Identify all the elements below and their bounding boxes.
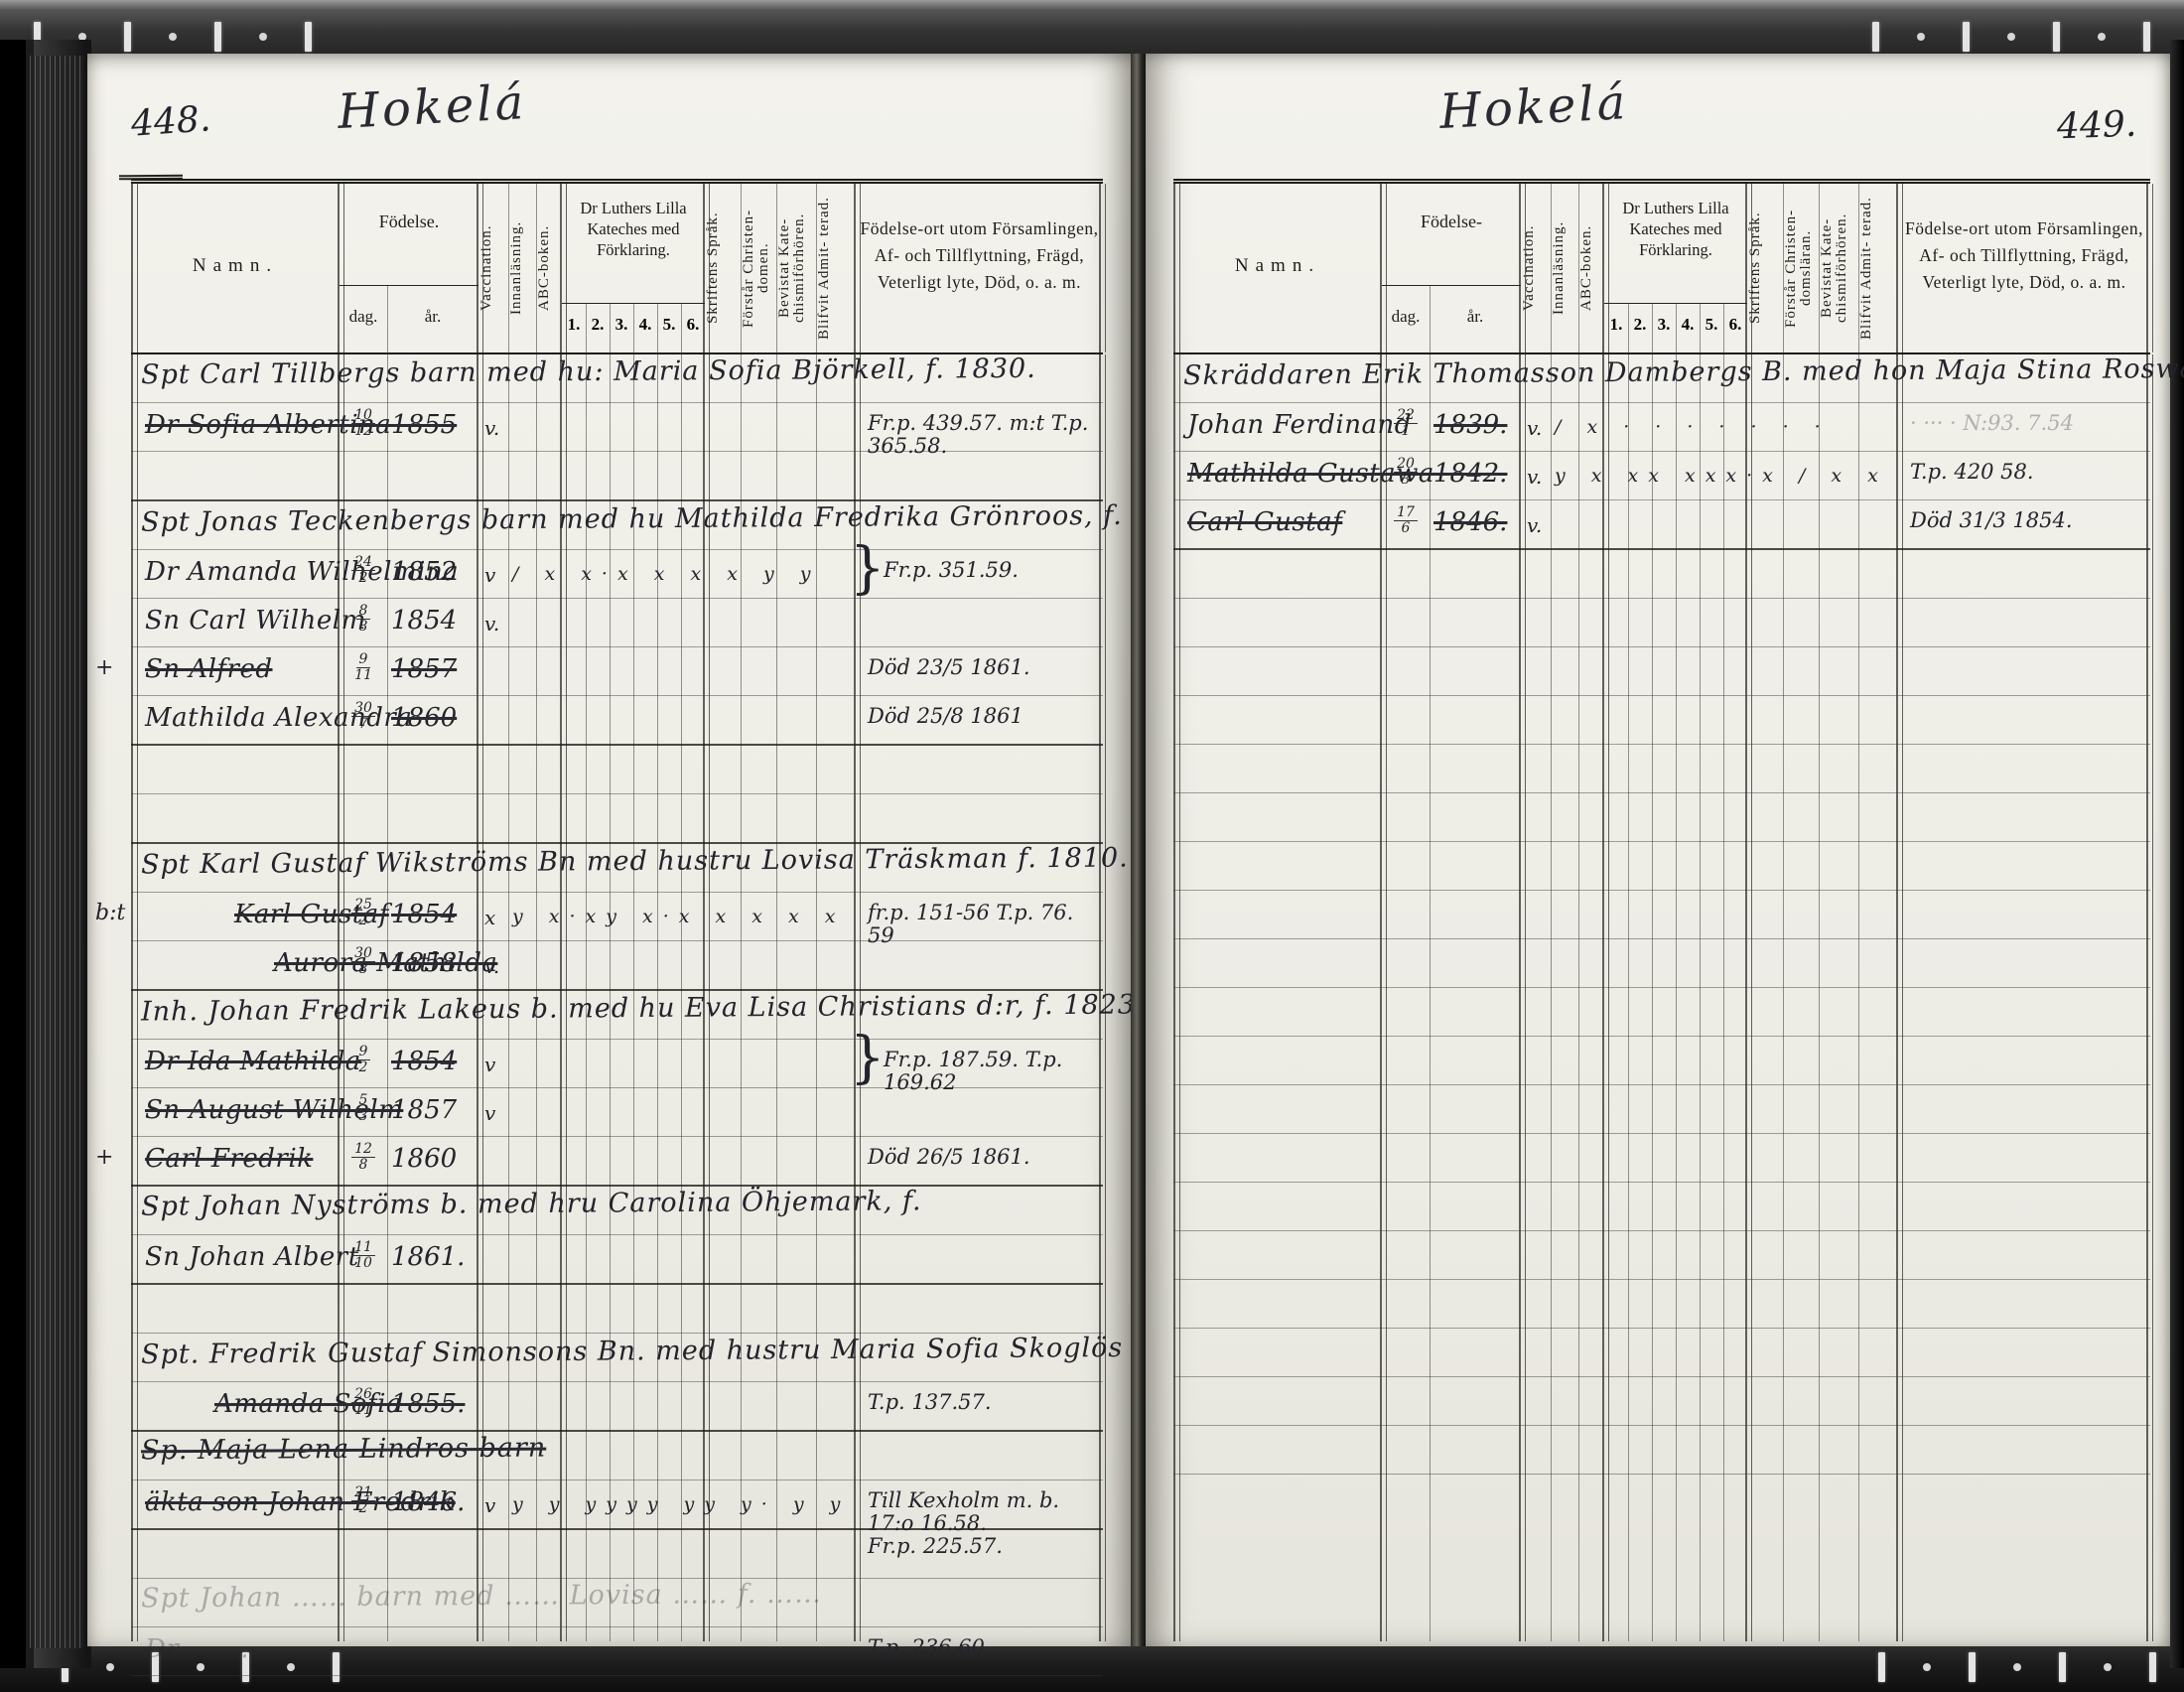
- column-header-skriftens-sprak: Skriftens Språk.: [1748, 188, 1782, 349]
- column-rule: [560, 184, 567, 352]
- film-dot-mark: [169, 33, 177, 41]
- birth-day: 307: [340, 701, 387, 731]
- person-name: Carl Fredrik: [145, 1144, 313, 1174]
- vaccination-mark: x: [484, 906, 495, 929]
- empty-ruled-row: [1173, 1037, 2150, 1085]
- kateches-col-number: 3.: [1652, 315, 1676, 335]
- column-header-forstar-christendomen: Förstår Christen- domsläran.: [1784, 188, 1818, 349]
- kateches-subline: [657, 303, 658, 352]
- empty-ruled-row: [1173, 696, 2150, 745]
- empty-ruled-row: [1173, 1134, 2150, 1183]
- empty-ruled-row: [1173, 1085, 2150, 1134]
- ledger-row: Mathilda Alexandra3071860Död 25/8 1861: [131, 696, 1103, 746]
- page-title: Hokelá: [1438, 74, 1630, 140]
- family-header-text: Spt Jonas Teckenbergs barn med hu Mathil…: [141, 499, 1214, 538]
- film-bar-mark: [2143, 22, 2150, 52]
- column-header-blifvit-admitterad: Blifvit Admit- terad.: [817, 188, 855, 349]
- film-dot-mark: [259, 33, 267, 41]
- family-header-row: Spt Carl Tillbergs barn med hu: Maria So…: [131, 354, 1103, 403]
- column-rule: [1380, 184, 1387, 352]
- family-header-text: Spt Johan …… barn med …… Lovisa …… f. ……: [141, 1579, 822, 1615]
- table-header: Namn.Födelse-dag.år.Vaccination.Innanläs…: [1173, 179, 2150, 354]
- ledger-row: Sn Carl Wilhelm881854v.: [131, 599, 1103, 647]
- empty-ruled-row: [1173, 1231, 2150, 1280]
- table-body: Spt Carl Tillbergs barn med hu: Maria So…: [131, 354, 1103, 1641]
- film-dot-mark: [1923, 1663, 1931, 1671]
- family-header-row: Sp. Maja Lena Lindros barn: [131, 1432, 1103, 1480]
- kateches-subline: [586, 303, 587, 352]
- family-header-text: Sp. Maja Lena Lindros barn: [141, 1433, 546, 1467]
- birth-year: 1854: [391, 1047, 457, 1076]
- empty-ruled-row: [1173, 1329, 2150, 1377]
- empty-ruled-row: [1173, 1426, 2150, 1475]
- column-header-blifvit-admitterad: Blifvit Admit- terad.: [1859, 188, 1897, 349]
- ledger-row: Johan Ferdinand2211839.v./ x · · · · · ·…: [1173, 403, 2150, 452]
- vaccination-mark: v: [484, 1493, 495, 1517]
- vaccination-mark: v: [484, 1053, 495, 1076]
- page-number: 448.: [130, 98, 212, 144]
- fodelse-divider: [340, 285, 478, 286]
- marginal-note: · ··· · N:93. 7.54: [1910, 412, 2074, 435]
- column-header-fodelse: Födelse-: [1382, 211, 1521, 232]
- margin-annotation: b:t: [95, 901, 125, 925]
- table-header: Namn.Födelse.dag.år.Vaccination.Innanläs…: [131, 179, 1103, 354]
- birth-day: 88: [340, 604, 387, 634]
- column-rule: [1745, 184, 1752, 352]
- empty-ruled-row: [1173, 745, 2150, 793]
- vaccination-mark: v: [484, 1101, 495, 1125]
- empty-ruled-row: [1173, 891, 2150, 939]
- column-header-vaccination: Vaccination.: [1522, 188, 1550, 349]
- note-brace: }: [850, 536, 886, 601]
- scan-right-edge: [2170, 40, 2184, 1668]
- catechism-marks: y y yyyy yy y· y y: [512, 1493, 850, 1515]
- column-rule: [1896, 184, 1903, 352]
- film-bar-mark: [305, 22, 312, 52]
- ledger-row: Aurora Mathilda3081858v.: [131, 941, 1103, 991]
- birth-day: 252: [340, 898, 387, 927]
- film-bar-mark: [2059, 1652, 2066, 1682]
- column-header-notes: Födelse-ort utom Församlingen, Af- och T…: [1898, 215, 2150, 296]
- film-bar-mark: [1878, 1652, 1885, 1682]
- column-header-namn: Namn.: [131, 255, 340, 277]
- kateches-col-number: 4.: [1676, 315, 1700, 335]
- family-header-row: Spt Johan Nyströms b. med hru Carolina Ö…: [131, 1187, 1103, 1235]
- column-rule: [536, 184, 537, 352]
- ledger-table: Namn.Födelse-dag.år.Vaccination.Innanläs…: [1173, 179, 2150, 1641]
- table-body: Skräddaren Erik Thomasson Dambergs B. me…: [1173, 354, 2150, 1641]
- kateches-subline: [610, 303, 611, 352]
- birth-day: 203: [1382, 457, 1430, 487]
- column-rule: [1099, 184, 1106, 352]
- empty-ruled-row: [131, 746, 1103, 794]
- book-binding: [0, 40, 91, 1668]
- empty-ruled-row: [1173, 1183, 2150, 1231]
- birth-day: 242: [340, 555, 387, 585]
- empty-ruled-row: [1173, 1377, 2150, 1426]
- column-header-abc-boken: ABC-boken.: [1579, 188, 1603, 349]
- note-brace: }: [850, 1026, 886, 1090]
- kateches-subline: [681, 303, 682, 352]
- birth-year: 1857: [391, 1095, 457, 1125]
- family-header-text: Spt Johan Nyströms b. med hru Carolina Ö…: [141, 1186, 922, 1221]
- ledger-row: Amanda Sofia26111855.T.p. 137.57.: [131, 1382, 1103, 1432]
- dag-ar-divider: [387, 285, 388, 352]
- empty-ruled-row: [1173, 550, 2150, 599]
- ledger-row: Sn Johan Albert11101861.: [131, 1235, 1103, 1285]
- vaccination-mark: v.: [484, 612, 499, 635]
- marginal-note: Död 25/8 1861: [868, 705, 1024, 728]
- column-header-abc-boken: ABC-boken.: [537, 188, 561, 349]
- birth-year: 1842.: [1433, 459, 1507, 489]
- column-rule: [816, 184, 817, 352]
- kateches-col-number: 5.: [657, 315, 681, 335]
- empty-ruled-row: [131, 1530, 1103, 1579]
- marginal-note: Död 31/3 1854.: [1910, 509, 2073, 532]
- person-name: Dr ………: [145, 1634, 267, 1664]
- family-header-row: Skräddaren Erik Thomasson Dambergs B. me…: [1173, 354, 2150, 403]
- family-header-row: Spt Jonas Teckenbergs barn med hu Mathil…: [131, 501, 1103, 550]
- page-number: 449.: [2056, 104, 2137, 148]
- scanned-parish-register: { "film": { "tick_pattern": ["bar","dot"…: [0, 0, 2184, 1692]
- family-header-row: Spt. Fredrik Gustaf Simonsons Bn. med hu…: [131, 1334, 1103, 1382]
- empty-ruled-row: [1173, 793, 2150, 842]
- column-header-kateches: Dr Luthers Lilla Kateches med Förklaring…: [562, 198, 705, 260]
- ledger-page-right: 449. Hokelá Namn.Födelse-dag.år.Vaccinat…: [1146, 54, 2170, 1646]
- marginal-note: T.p. 420 58.: [1910, 461, 2034, 484]
- birth-day: 911: [340, 652, 387, 682]
- birth-day: 221: [1382, 408, 1430, 438]
- column-header-dag: dag.: [1382, 307, 1430, 327]
- family-header-text: Skräddaren Erik Thomasson Dambergs B. me…: [1183, 352, 2184, 391]
- column-header-kateches: Dr Luthers Lilla Kateches med Förklaring…: [1604, 198, 1747, 260]
- empty-ruled-row: [1173, 1280, 2150, 1329]
- empty-ruled-row: [1173, 988, 2150, 1037]
- birth-year: 1846.: [391, 1487, 465, 1517]
- film-dot-mark: [2098, 33, 2106, 41]
- birth-year: 1858: [391, 948, 457, 978]
- film-dot-mark: [2007, 33, 2015, 41]
- catechism-marks: y x xx xxx·x / x x: [1555, 465, 1888, 487]
- film-bar-mark: [1969, 1652, 1976, 1682]
- column-header-bevistat-katechismiforhoren: Bevistat Kate- chismiförhören.: [1820, 188, 1857, 349]
- birth-day: 1012: [340, 408, 387, 438]
- book-seam: [1131, 54, 1146, 1646]
- vaccination-mark: v.: [1527, 513, 1542, 537]
- column-header-namn: Namn.: [1173, 255, 1382, 277]
- birth-year: 1857: [391, 654, 457, 684]
- birth-day: 212: [340, 1485, 387, 1515]
- column-header-innanlasning: Innanläsning.: [509, 188, 535, 349]
- catechism-marks: / x · · · · · · ·: [1555, 416, 1831, 438]
- family-header-row: Inh. Johan Fredrik Lakeus b. med hu Eva …: [131, 991, 1103, 1040]
- column-rule: [1858, 184, 1859, 352]
- film-dot-mark: [2013, 1663, 2021, 1671]
- column-rule: [1578, 184, 1579, 352]
- column-rule: [131, 184, 138, 352]
- birth-day: 92: [340, 1045, 387, 1074]
- birth-day: 1110: [340, 1240, 387, 1270]
- kateches-subline: [1628, 303, 1629, 352]
- margin-annotation: +: [95, 1145, 113, 1170]
- column-header-dag: dag.: [340, 307, 387, 327]
- column-header-forstar-christendomen: Förstår Christen- domen.: [742, 188, 775, 349]
- dag-ar-divider: [1430, 285, 1431, 352]
- person-name: Dr Ida Mathilda: [145, 1047, 361, 1076]
- family-header-text: Spt. Fredrik Gustaf Simonsons Bn. med hu…: [141, 1332, 1243, 1370]
- film-band-top: [0, 0, 2184, 56]
- column-rule: [854, 184, 861, 352]
- column-rule: [1602, 184, 1609, 352]
- marginal-note: Död 26/5 1861.: [868, 1146, 1030, 1169]
- ledger-row: Mathilda Gustawa2031842.v.y x xx xxx·x /…: [1173, 452, 2150, 500]
- family-header-row: Spt Johan …… barn med …… Lovisa …… f. ……: [131, 1579, 1103, 1627]
- column-header-vaccination: Vaccination.: [479, 188, 507, 349]
- column-rule: [1173, 184, 1180, 352]
- column-header-bevistat-katechismiforhoren: Bevistat Kate- chismiförhören.: [777, 188, 815, 349]
- empty-ruled-row: [1173, 842, 2150, 891]
- column-rule: [741, 184, 742, 352]
- birth-year: 1855: [391, 410, 457, 440]
- empty-ruled-row: [1173, 647, 2150, 696]
- catechism-marks: y x·xy x·x x x x x: [512, 906, 846, 927]
- person-name: Sn Alfred: [145, 654, 273, 684]
- kateches-col-number: 6.: [1723, 315, 1747, 335]
- column-rule: [1519, 184, 1526, 352]
- column-rule: [477, 184, 483, 352]
- catechism-marks: / x x·x x x x y y: [512, 563, 820, 585]
- ledger-table: Namn.Födelse.dag.år.Vaccination.Innanläs…: [131, 179, 1103, 1641]
- column-rule: [338, 184, 344, 352]
- ledger-page-left: 448. Hokelá Namn.Födelse.dag.år.Vaccinat…: [87, 54, 1131, 1646]
- ledger-row: Sn August Wilhelm531857v: [131, 1088, 1103, 1137]
- kateches-subline: [1700, 303, 1701, 352]
- film-bar-mark: [2149, 1652, 2156, 1682]
- film-bar-mark: [2053, 22, 2060, 52]
- family-header-text: Inh. Johan Fredrik Lakeus b. med hu Eva …: [141, 989, 1146, 1027]
- birth-year: 1855.: [391, 1389, 465, 1419]
- ledger-row: äkta son Johan Fredrik2121846.vy y yyyy …: [131, 1480, 1103, 1530]
- column-header-ar: år.: [1430, 307, 1521, 327]
- birth-year: 1846.: [1433, 507, 1507, 537]
- family-header-text: Spt Karl Gustaf Wikströms Bn med hustru …: [141, 843, 1129, 881]
- ledger-row: +Carl Fredrik1281860Död 26/5 1861.: [131, 1137, 1103, 1187]
- marginal-note: T.p. 236.60.: [868, 1636, 992, 1659]
- birth-year: 1854: [391, 900, 457, 929]
- empty-ruled-row: [1173, 599, 2150, 647]
- column-rule: [508, 184, 509, 352]
- ledger-row: b:tKarl Gustaf2521854xy x·xy x·x x x x x…: [131, 893, 1103, 941]
- empty-ruled-row: [131, 794, 1103, 844]
- kateches-subline: [1723, 303, 1724, 352]
- marginal-note: Fr.p. 351.59.: [884, 559, 1019, 582]
- marginal-note: T.p. 137.57.: [868, 1391, 992, 1414]
- ledger-row: Carl Gustaf1761846.v.Död 31/3 1854.: [1173, 500, 2150, 550]
- film-tick-marks: [1878, 1650, 2156, 1684]
- ledger-row: Dr ………T.p. 236.60.: [131, 1627, 1103, 1676]
- person-name: Sn Johan Albert: [145, 1242, 359, 1272]
- birth-year: 1852: [391, 557, 457, 587]
- kateches-col-number: 3.: [610, 315, 633, 335]
- empty-ruled-row: [131, 1285, 1103, 1334]
- vaccination-mark: v: [484, 563, 495, 587]
- family-header-row: Spt Karl Gustaf Wikströms Bn med hustru …: [131, 844, 1103, 893]
- stacked-page-edges: [30, 56, 83, 1648]
- vaccination-mark: v.: [484, 416, 499, 440]
- column-rule: [1783, 184, 1784, 352]
- birth-year: 1861.: [391, 1242, 465, 1272]
- birth-year: 1854: [391, 606, 457, 635]
- birth-day: 53: [340, 1093, 387, 1123]
- birth-year: 1860: [391, 703, 457, 733]
- birth-day: 176: [1382, 505, 1430, 535]
- empty-ruled-row: [1173, 939, 2150, 988]
- kateches-col-number: 6.: [681, 315, 705, 335]
- fodelse-divider: [1382, 285, 1521, 286]
- kateches-col-number: 2.: [586, 315, 610, 335]
- birth-day: 128: [340, 1142, 387, 1172]
- ledger-row: +Sn Alfred9111857Död 23/5 1861.: [131, 647, 1103, 696]
- page-title: Hokelá: [337, 74, 528, 140]
- person-name: Sn Carl Wilhelm: [145, 606, 366, 635]
- marginal-note: Död 23/5 1861.: [868, 656, 1030, 679]
- column-header-skriftens-sprak: Skriftens Språk.: [706, 188, 740, 349]
- ledger-row: Dr Amanda Wilhelmina2421852v/ x x·x x x …: [131, 550, 1103, 599]
- family-header-text: Spt Carl Tillbergs barn med hu: Maria So…: [141, 353, 1036, 390]
- column-rule: [776, 184, 777, 352]
- film-dot-mark: [2104, 1663, 2112, 1671]
- birth-day: 2611: [340, 1387, 387, 1417]
- film-tick-marks: [1872, 20, 2150, 54]
- film-bar-mark: [1872, 22, 1879, 52]
- column-rule: [703, 184, 710, 352]
- vaccination-mark: v.: [1527, 465, 1542, 489]
- empty-ruled-row: [131, 452, 1103, 501]
- kateches-col-number: 4.: [633, 315, 657, 335]
- birth-year: 1839.: [1433, 410, 1507, 440]
- kateches-subline: [1652, 303, 1653, 352]
- vaccination-mark: v.: [1527, 416, 1542, 440]
- kateches-subline: [1676, 303, 1677, 352]
- column-header-fodelse: Födelse.: [340, 211, 478, 232]
- column-rule: [2146, 184, 2153, 352]
- column-rule: [1819, 184, 1820, 352]
- film-bar-mark: [124, 22, 131, 52]
- film-dot-mark: [106, 1663, 114, 1671]
- film-dot-mark: [1917, 33, 1925, 41]
- kateches-col-number: 2.: [1628, 315, 1652, 335]
- birth-year: 1860: [391, 1144, 457, 1174]
- column-rule: [1551, 184, 1552, 352]
- film-bar-mark: [1963, 22, 1970, 52]
- ledger-row: Dr Ida Mathilda921854v}Fr.p. 187.59. T.p…: [131, 1040, 1103, 1088]
- vaccination-mark: v.: [484, 954, 499, 978]
- person-name: Johan Ferdinand: [1187, 410, 1412, 440]
- column-header-ar: år.: [387, 307, 478, 327]
- birth-day: 308: [340, 946, 387, 976]
- person-name: Carl Gustaf: [1187, 507, 1342, 537]
- kateches-col-number: 5.: [1700, 315, 1723, 335]
- margin-annotation: +: [95, 655, 113, 680]
- column-header-innanlasning: Innanläsning.: [1552, 188, 1577, 349]
- ledger-row: Dr Sofia Albertina10121855v.Fr.p. 439.57…: [131, 403, 1103, 452]
- kateches-subline: [633, 303, 634, 352]
- column-header-notes: Födelse-ort utom Församlingen, Af- och T…: [856, 215, 1103, 296]
- film-bar-mark: [214, 22, 221, 52]
